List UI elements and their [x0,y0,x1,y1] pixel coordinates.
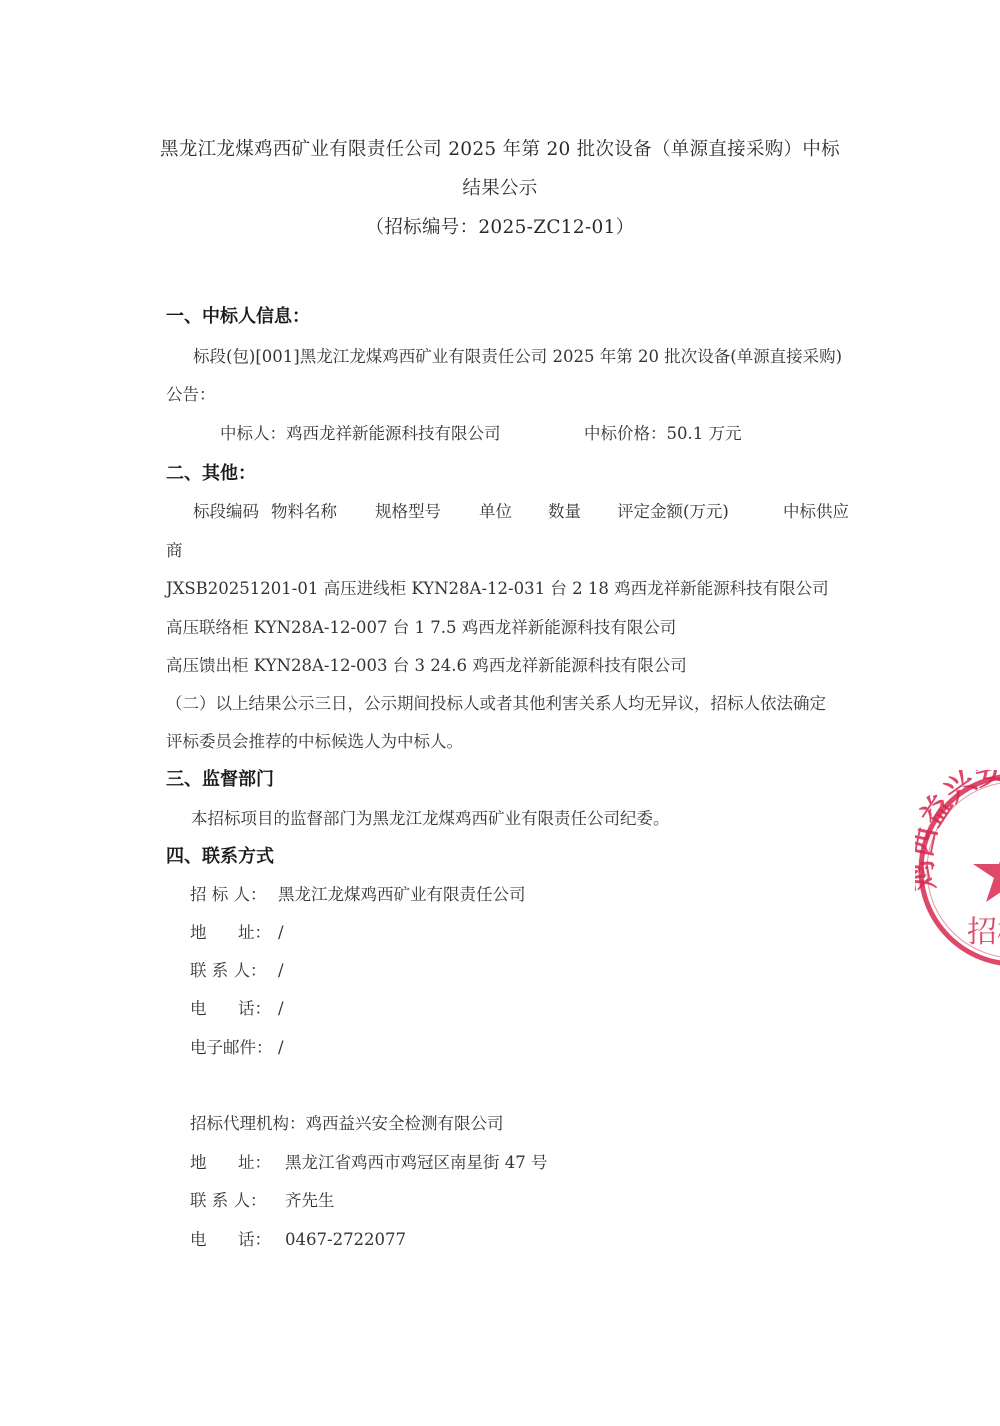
agency-label: 电 话： [190,1228,285,1252]
winning-price: 中标价格：50.1 万元 [584,422,741,446]
section1-heading: 一、中标人信息： [166,304,310,330]
agency-address-row: 地 址：黑龙江省鸡西市鸡冠区南星街 47 号 [190,1151,548,1175]
tenderer-name-row: 招 标 人：黑龙江龙煤鸡西矿业有限责任公司 [190,883,526,907]
tenderer-phone-row: 电 话：/ [190,997,284,1021]
header-material-name: 物料名称 [271,500,337,524]
agency-label: 联 系 人： [190,1189,285,1213]
contact-label: 电 话： [190,997,278,1021]
contact-value: / [278,961,284,980]
contact-value: / [278,999,284,1018]
table-row: JXSB20251201-01 高压进线柜 KYN28A-12-031 台 2 … [166,577,829,601]
tenderer-address-row: 地 址：/ [190,921,284,945]
header-spec-model: 规格型号 [375,500,441,524]
contact-label: 地 址： [190,921,278,945]
document-title-line2: 结果公示 [0,175,1000,203]
header-wrap: 商 [166,539,183,563]
note-line2: 评标委员会推荐的中标候选人为中标人。 [166,730,463,754]
winner-name: 中标人：鸡西龙祥新能源科技有限公司 [220,422,501,446]
stamp-bottom-text: 招标 [967,915,1000,950]
tender-number: （招标编号：2025-ZC12-01） [0,214,1000,242]
section1-intro-line1: 标段(包)[001]黑龙江龙煤鸡西矿业有限责任公司 2025 年第 20 批次设… [193,345,842,369]
header-supplier: 中标供应 [783,500,849,524]
contact-value: / [278,923,284,942]
document-title-line1: 黑龙江龙煤鸡西矿业有限责任公司 2025 年第 20 批次设备（单源直接采购）中… [0,136,1000,164]
tenderer-email-row: 电子邮件：/ [190,1036,284,1060]
agency-contact-row: 联 系 人：齐先生 [190,1189,335,1213]
supervision-text: 本招标项目的监督部门为黑龙江龙煤鸡西矿业有限责任公司纪委。 [191,807,670,831]
tenderer-contact-row: 联 系 人：/ [190,959,284,983]
agency-label: 地 址： [190,1151,285,1175]
contact-value: 黑龙江龙煤鸡西矿业有限责任公司 [278,885,526,904]
header-lot-code: 标段编码 [193,500,259,524]
contact-label: 招 标 人： [190,883,278,907]
table-row: 高压联络柜 KYN28A-12-007 台 1 7.5 鸡西龙祥新能源科技有限公… [166,616,676,640]
agency-value: 0467-2722077 [285,1230,406,1249]
agency-value: 齐先生 [285,1191,335,1210]
header-quantity: 数量 [548,500,581,524]
svg-text:鸡西益兴安全: 鸡西益兴安全 [915,770,1000,893]
document-page: 黑龙江龙煤鸡西矿业有限责任公司 2025 年第 20 批次设备（单源直接采购）中… [0,0,1000,1426]
section3-heading: 三、监督部门 [166,767,274,793]
official-seal-stamp-icon: 鸡西益兴安全 招标 [915,770,1000,970]
agency-value: 鸡西益兴安全检测有限公司 [306,1114,504,1133]
agency-value: 黑龙江省鸡西市鸡冠区南星街 47 号 [285,1153,548,1172]
contact-label: 联 系 人： [190,959,278,983]
header-amount: 评定金额(万元) [617,500,729,524]
header-unit: 单位 [479,500,512,524]
contact-label: 电子邮件： [190,1036,278,1060]
section1-intro-line2: 公告： [166,383,216,407]
agency-phone-row: 电 话：0467-2722077 [190,1228,406,1252]
note-line1: （二）以上结果公示三日，公示期间投标人或者其他利害关系人均无异议，招标人依法确定 [166,692,826,716]
section2-heading: 二、其他： [166,461,256,487]
agency-name-row: 招标代理机构：鸡西益兴安全检测有限公司 [190,1112,504,1136]
contact-value: / [278,1038,284,1057]
table-row: 高压馈出柜 KYN28A-12-003 台 3 24.6 鸡西龙祥新能源科技有限… [166,654,687,678]
agency-label: 招标代理机构： [190,1114,306,1133]
section4-heading: 四、联系方式 [166,844,274,870]
stamp-arc-text: 鸡西益兴安全 [915,770,1000,893]
